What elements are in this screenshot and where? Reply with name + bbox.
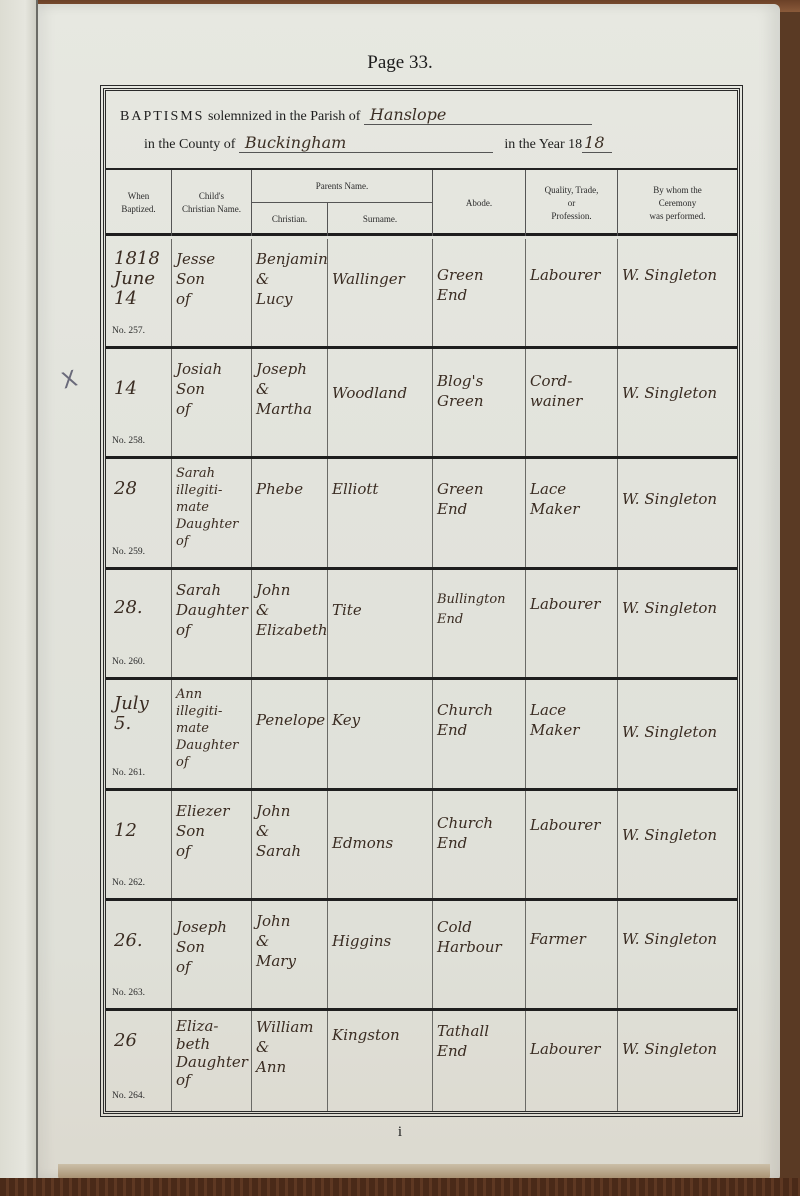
entry-number: No. 264.: [112, 1091, 145, 1101]
cell-quality: Labourer: [526, 570, 618, 677]
cell-officiant: W. Singleton: [618, 901, 737, 1008]
entry-number: No. 258.: [112, 436, 145, 446]
cell-child-name: Eliezer Son of: [172, 791, 252, 898]
cell-abode: Blog's Green: [433, 349, 526, 456]
cell-surname: Woodland: [328, 349, 433, 456]
page-number: Page 33.: [0, 52, 800, 74]
table-row: 1818 June 14 Jesse Son of Benjamin & Luc…: [106, 239, 737, 349]
table-row: 28. Sarah Daughter of John & Elizabeth T…: [106, 570, 737, 680]
cell-surname: Wallinger: [328, 239, 433, 346]
entry-number: No. 262.: [112, 878, 145, 888]
cell-child-name: Jesse Son of: [172, 239, 252, 346]
cell-child-name: Ann illegiti- mate Daughter of: [172, 680, 252, 788]
cell-officiant: W. Singleton: [618, 570, 737, 677]
cell-parents-christian: William & Ann: [252, 1011, 328, 1111]
heading-county-label: in the County of: [144, 137, 235, 152]
background-surface-bottom: [0, 1178, 800, 1196]
table-row: 26 Eliza- beth Daughter of William & Ann…: [106, 1011, 737, 1111]
header-officiant: By whom the Ceremony was performed.: [618, 170, 737, 236]
column-headers: When Baptized. Child's Christian Name. P…: [106, 170, 737, 236]
baptism-register-table: BAPTISMS solemnized in the Parish of Han…: [103, 88, 740, 1114]
header-parents-name: Parents Name.: [252, 170, 433, 203]
table-row: 14 Josiah Son of Joseph & Martha Woodlan…: [106, 349, 737, 459]
entry-number: No. 261.: [112, 768, 145, 778]
header-quality-trade: Quality, Trade, or Profession.: [526, 170, 618, 236]
entry-number: No. 259.: [112, 547, 145, 557]
header-when-baptized: When Baptized.: [106, 170, 172, 236]
cell-abode: Green End: [433, 459, 526, 567]
table-row: 26. Joseph Son of John & Mary Higgins Co…: [106, 901, 737, 1011]
cell-surname: Kingston: [328, 1011, 433, 1111]
entry-number: No. 263.: [112, 988, 145, 998]
register-heading: BAPTISMS solemnized in the Parish of Han…: [106, 91, 737, 170]
cell-quality: Farmer: [526, 901, 618, 1008]
header-abode: Abode.: [433, 170, 526, 236]
cell-surname: Tite: [328, 570, 433, 677]
header-parents-christian: Christian.: [252, 203, 328, 236]
cell-quality: Labourer: [526, 1011, 618, 1111]
cell-surname: Edmons: [328, 791, 433, 898]
cell-surname: Higgins: [328, 901, 433, 1008]
heading-line-parish: BAPTISMS solemnized in the Parish of Han…: [120, 105, 592, 125]
heading-year-label: in the Year 18: [504, 137, 582, 152]
cell-child-name: Sarah illegiti- mate Daughter of: [172, 459, 252, 567]
cell-surname: Elliott: [328, 459, 433, 567]
cell-child-name: Eliza- beth Daughter of: [172, 1011, 252, 1111]
parish-field: Hanslope: [364, 105, 592, 125]
cell-officiant: W. Singleton: [618, 349, 737, 456]
heading-parish-label: solemnized in the Parish of: [208, 109, 360, 124]
cell-officiant: W. Singleton: [618, 1011, 737, 1111]
cell-parents-christian: John & Elizabeth: [252, 570, 328, 677]
header-child-name: Child's Christian Name.: [172, 170, 252, 236]
cell-parents-christian: John & Sarah: [252, 791, 328, 898]
cell-officiant: W. Singleton: [618, 791, 737, 898]
heading-title: BAPTISMS: [120, 109, 204, 124]
table-row: 12 Eliezer Son of John & Sarah Edmons Ch…: [106, 791, 737, 901]
cell-parents-christian: Phebe: [252, 459, 328, 567]
cell-officiant: W. Singleton: [618, 459, 737, 567]
cell-quality: Lace Maker: [526, 459, 618, 567]
cell-child-name: Joseph Son of: [172, 901, 252, 1008]
cell-parents-christian: Joseph & Martha: [252, 349, 328, 456]
cell-abode: Cold Harbour: [433, 901, 526, 1008]
cell-child-name: Sarah Daughter of: [172, 570, 252, 677]
cell-child-name: Josiah Son of: [172, 349, 252, 456]
cell-officiant: W. Singleton: [618, 239, 737, 346]
cell-abode: Church End: [433, 680, 526, 788]
cell-officiant: W. Singleton: [618, 680, 737, 788]
entry-number: No. 257.: [112, 326, 145, 336]
entry-number: No. 260.: [112, 657, 145, 667]
cell-surname: Key: [328, 680, 433, 788]
cell-abode: Bullington End: [433, 570, 526, 677]
year-field: 18: [582, 133, 612, 153]
cell-abode: Green End: [433, 239, 526, 346]
cell-parents-christian: Benjamin & Lucy: [252, 239, 328, 346]
cell-quality: Lace Maker: [526, 680, 618, 788]
cell-abode: Tathall End: [433, 1011, 526, 1111]
folio-mark: i: [0, 1124, 800, 1141]
adjacent-page-edge: [0, 0, 38, 1196]
table-row: July 5. Ann illegiti- mate Daughter of P…: [106, 680, 737, 791]
cell-quality: Cord- wainer: [526, 349, 618, 456]
header-parents-surname: Surname.: [328, 203, 433, 236]
county-field: Buckingham: [239, 133, 493, 153]
cell-abode: Church End: [433, 791, 526, 898]
heading-line-county: in the County of Buckingham in the Year …: [144, 133, 612, 153]
table-row: 28 Sarah illegiti- mate Daughter of Pheb…: [106, 459, 737, 570]
cell-parents-christian: Penelope: [252, 680, 328, 788]
cell-quality: Labourer: [526, 239, 618, 346]
cell-quality: Labourer: [526, 791, 618, 898]
cell-parents-christian: John & Mary: [252, 901, 328, 1008]
